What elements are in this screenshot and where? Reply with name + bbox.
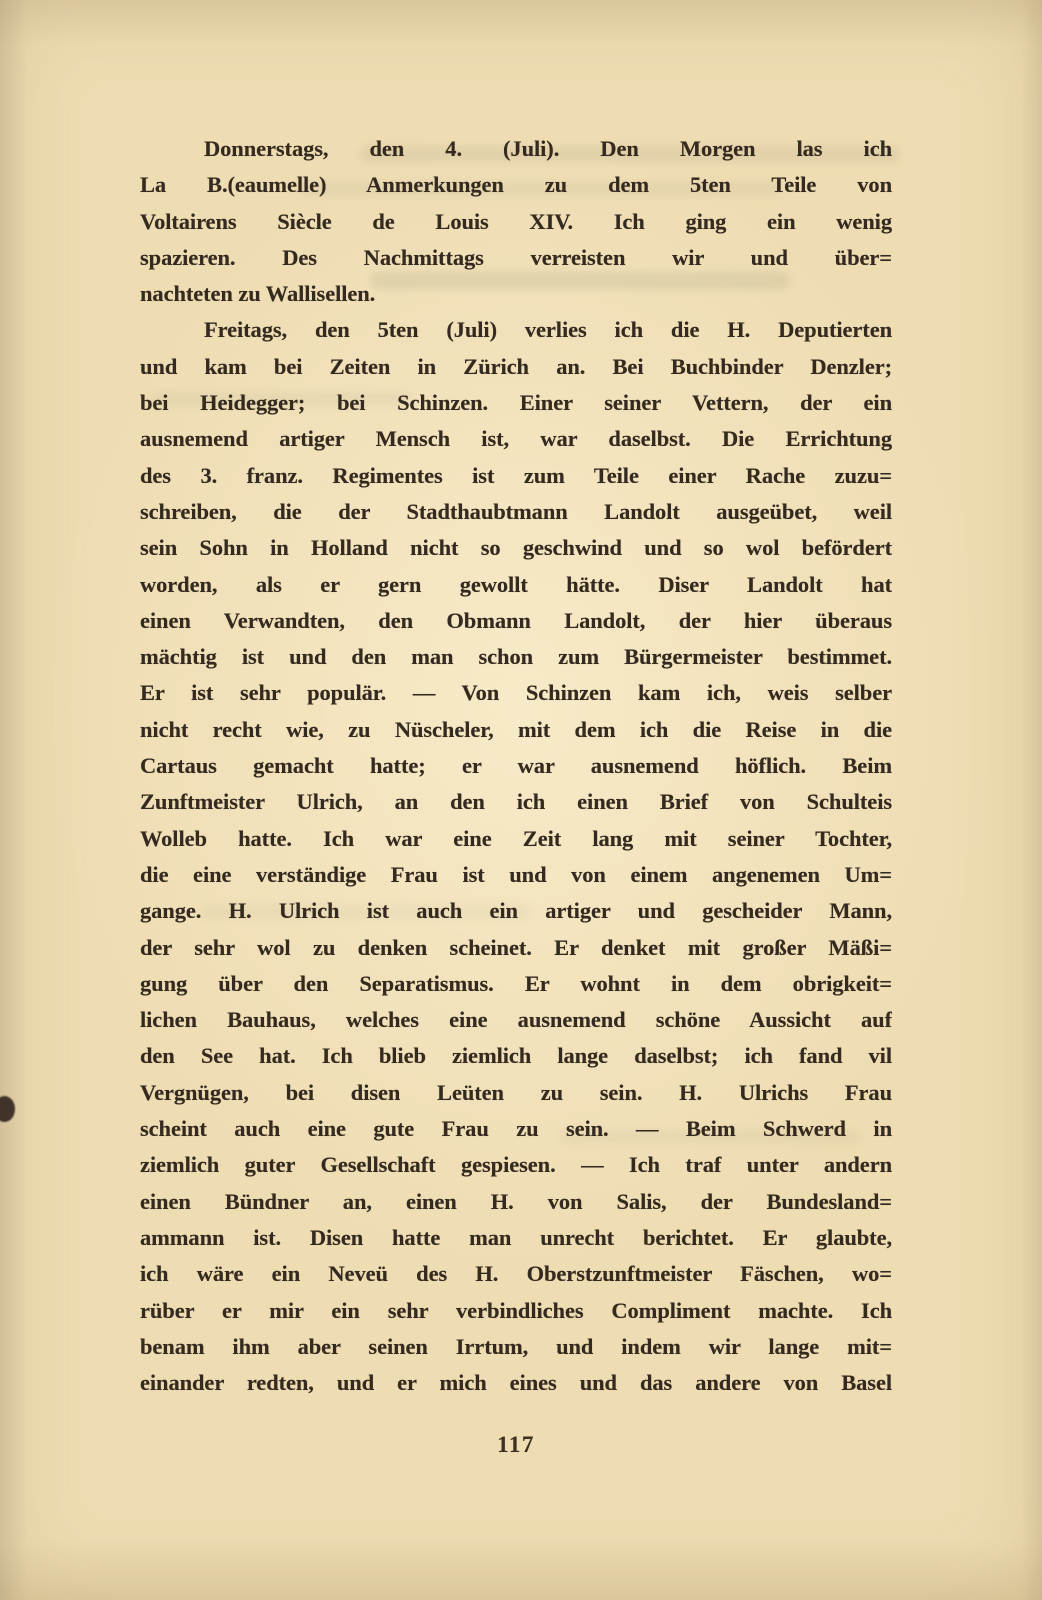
text-line: einen Verwandten, den Obmann Landolt, de…	[140, 603, 892, 639]
text-line: Vergnügen, bei disen Leüten zu sein. H. …	[140, 1075, 892, 1111]
text-line: mächtig ist und den man schon zum Bürger…	[140, 639, 892, 675]
text-line: bei Heidegger; bei Schinzen. Einer seine…	[140, 385, 892, 421]
text-line: ammann ist. Disen hatte man unrecht beri…	[140, 1220, 892, 1256]
text-line: scheint auch eine gute Frau zu sein. — B…	[140, 1111, 892, 1147]
text-line: Zunftmeister Ulrich, an den ich einen Br…	[140, 784, 892, 820]
text-line: Wolleb hatte. Ich war eine Zeit lang mit…	[140, 821, 892, 857]
text-line: worden, als er gern gewollt hätte. Diser…	[140, 567, 892, 603]
text-line: gange. H. Ulrich ist auch ein artiger un…	[140, 893, 892, 929]
text-line: Voltairens Siècle de Louis XIV. Ich ging…	[140, 204, 892, 240]
text-line: rüber er mir ein sehr verbindliches Comp…	[140, 1293, 892, 1329]
page-number: 117	[140, 1432, 892, 1458]
text-line: einen Bündner an, einen H. von Salis, de…	[140, 1184, 892, 1220]
text-line: spazieren. Des Nachmittags verreisten wi…	[140, 240, 892, 276]
text-line: La B.(eaumelle) Anmerkungen zu dem 5ten …	[140, 167, 892, 203]
text-line: nicht recht wie, zu Nüscheler, mit dem i…	[140, 712, 892, 748]
text-line: ich wäre ein Neveü des H. Oberstzunftmei…	[140, 1256, 892, 1292]
text-line: Cartaus gemacht hatte; er war ausnemend …	[140, 748, 892, 784]
text-line: schreiben, die der Stadthaubtmann Landol…	[140, 494, 892, 530]
text-line: der sehr wol zu denken scheinet. Er denk…	[140, 930, 892, 966]
text-line: Er ist sehr populär. — Von Schinzen kam …	[140, 675, 892, 711]
text-line: nachteten zu Wallisellen.	[140, 276, 892, 312]
text-line: des 3. franz. Regimentes ist zum Teile e…	[140, 458, 892, 494]
text-line: benam ihm aber seinen Irrtum, und indem …	[140, 1329, 892, 1365]
page-text-block: Donnerstags, den 4. (Juli). Den Morgen l…	[140, 131, 892, 1401]
text-line: einander redten, und er mich eines und d…	[140, 1365, 892, 1401]
text-line: die eine verständige Frau ist und von ei…	[140, 857, 892, 893]
text-line: sein Sohn in Holland nicht so geschwind …	[140, 530, 892, 566]
text-line: gung über den Separatismus. Er wohnt in …	[140, 966, 892, 1002]
text-line: und kam bei Zeiten in Zürich an. Bei Buc…	[140, 349, 892, 385]
text-line: den See hat. Ich blieb ziemlich lange da…	[140, 1038, 892, 1074]
text-line: ausnemend artiger Mensch ist, war daselb…	[140, 421, 892, 457]
text-line: Freitags, den 5ten (Juli) verlies ich di…	[140, 312, 892, 348]
text-line: lichen Bauhaus, welches eine ausnemend s…	[140, 1002, 892, 1038]
text-line: ziemlich guter Gesellschaft gespiesen. —…	[140, 1147, 892, 1183]
book-page-scan: Donnerstags, den 4. (Juli). Den Morgen l…	[0, 0, 1042, 1600]
ink-blemish-spot	[0, 1096, 15, 1122]
text-line: Donnerstags, den 4. (Juli). Den Morgen l…	[140, 131, 892, 167]
